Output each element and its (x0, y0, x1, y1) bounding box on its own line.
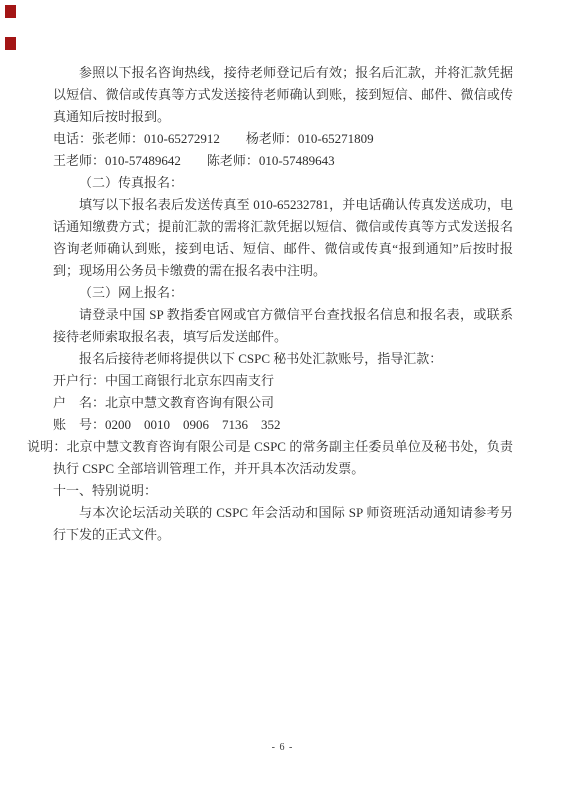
document-content: 参照以下报名咨询热线，接待老师登记后有效；报名后汇款，并将汇款凭据以短信、微信或… (53, 62, 513, 546)
remittance-info: 报名后接待老师将提供以下 CSPC 秘书处汇款账号，指导汇款： 开户行：中国工商… (53, 348, 513, 480)
bank-name-line: 开户行：中国工商银行北京东四南支行 (53, 370, 513, 392)
section-fax-heading: （二）传真报名： (53, 172, 513, 194)
section-special-heading: 十一、特别说明： (53, 480, 513, 502)
intro-paragraph: 参照以下报名咨询热线，接待老师登记后有效；报名后汇款，并将汇款凭据以短信、微信或… (53, 62, 513, 128)
document-page: 参照以下报名咨询热线，接待老师登记后有效；报名后汇款，并将汇款凭据以短信、微信或… (0, 0, 565, 800)
account-holder-line: 户 名：北京中慧文教育咨询有限公司 (53, 392, 513, 414)
phone-list: 电话：张老师：010-65272912 杨老师：010-65271809 王老师… (53, 128, 513, 172)
section-fax-registration: （二）传真报名： 填写以下报名表后发送传真至 010-65232781，并电话确… (53, 172, 513, 282)
account-number-line: 账 号：0200 0010 0906 7136 352 (53, 414, 513, 436)
section-online-body: 请登录中国 SP 教指委官网或官方微信平台查找报名信息和报名表，或联系接待老师索… (53, 304, 513, 348)
page-number: - 6 - (0, 737, 565, 759)
remittance-heading: 报名后接待老师将提供以下 CSPC 秘书处汇款账号，指导汇款： (53, 348, 513, 370)
section-online-registration: （三）网上报名： 请登录中国 SP 教指委官网或官方微信平台查找报名信息和报名表… (53, 282, 513, 348)
section-online-heading: （三）网上报名： (53, 282, 513, 304)
section-special-body: 与本次论坛活动关联的 CSPC 年会活动和国际 SP 师资班活动通知请参考另行下… (53, 502, 513, 546)
remittance-note-line: 说明：北京中慧文教育咨询有限公司是 CSPC 的常务副主任委员单位及秘书处，负责… (53, 436, 513, 480)
section-special-note: 十一、特别说明： 与本次论坛活动关联的 CSPC 年会活动和国际 SP 师资班活… (53, 480, 513, 546)
section-fax-body: 填写以下报名表后发送传真至 010-65232781，并电话确认传真发送成功，电… (53, 194, 513, 282)
phone-line-2: 王老师：010-57489642 陈老师：010-57489643 (53, 150, 513, 172)
phone-line-1: 电话：张老师：010-65272912 杨老师：010-65271809 (53, 128, 513, 150)
red-mark-top (5, 5, 16, 18)
red-mark-bottom (5, 37, 16, 50)
